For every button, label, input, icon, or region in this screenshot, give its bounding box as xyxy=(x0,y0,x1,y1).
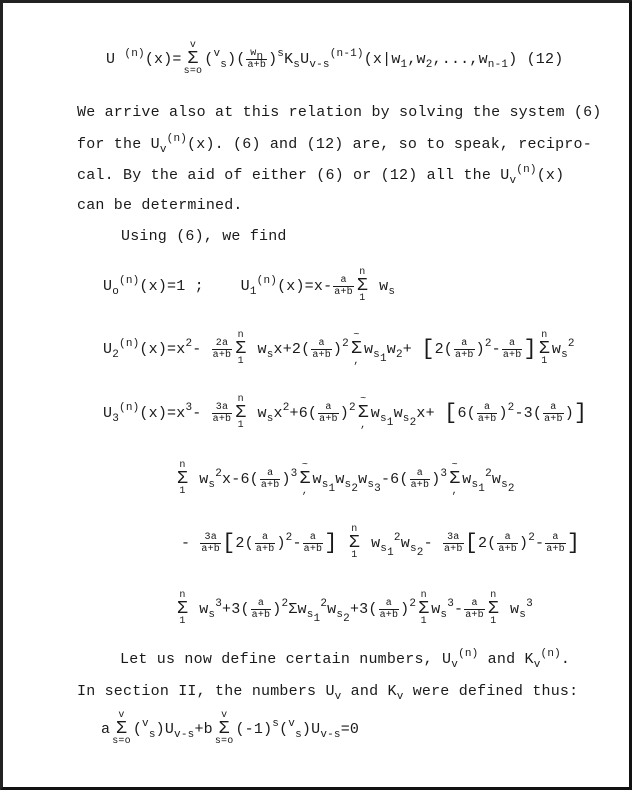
paragraph-line: In section II, the numbers Uv and Kv wer… xyxy=(77,683,578,700)
equation-u3-line4: nΣ1 ws3+3(aa+b)2Σws12ws2+3(aa+b)2nΣ1ws3-… xyxy=(175,591,533,627)
paragraph-line: We arrive also at this relation by solvi… xyxy=(77,104,601,121)
equation-number: (12) xyxy=(527,51,564,68)
paragraph-line: Using (6), we find xyxy=(121,228,287,245)
equation-u0: Uo(n)(x)=1 ; U1(n)(x)=x-aa+bnΣ1 ws xyxy=(103,268,395,304)
paragraph-line: Let us now define certain numbers, Uv(n)… xyxy=(120,651,570,668)
equation-u2: U2(n)(x)=x2- 2aa+bnΣ1 wsx+2(aa+b)2~Σ,ws1… xyxy=(103,331,575,367)
equation-u3-line2: nΣ1 ws2x-6(aa+b)3~Σ,ws1ws2ws3-6(aa+b)3~Σ… xyxy=(175,461,515,497)
equation-final: avΣs=o(vs)Uv-s+bvΣs=o(-1)s(vs)Uv-s=0 xyxy=(101,711,359,747)
paragraph-line: for the Uv(n)(x). (6) and (12) are, so t… xyxy=(77,136,592,153)
paragraph-line: can be determined. xyxy=(77,197,243,214)
equation-12: U (n)(x)=vΣs=o(vs)(wna+b)sKsUv-s(n-1)(x|… xyxy=(106,41,563,77)
equation-u3-line3: - 3aa+b[2(aa+b)2-aa+b] nΣ1 ws12ws2- 3aa+… xyxy=(181,525,580,561)
equation-u3: U3(n)(x)=x3- 3aa+bnΣ1 wsx2+6(aa+b)2~Σ,ws… xyxy=(103,395,587,431)
paragraph-line: cal. By the aid of either (6) or (12) al… xyxy=(77,167,564,184)
document-page: U (n)(x)=vΣs=o(vs)(wna+b)sKsUv-s(n-1)(x|… xyxy=(0,0,632,790)
